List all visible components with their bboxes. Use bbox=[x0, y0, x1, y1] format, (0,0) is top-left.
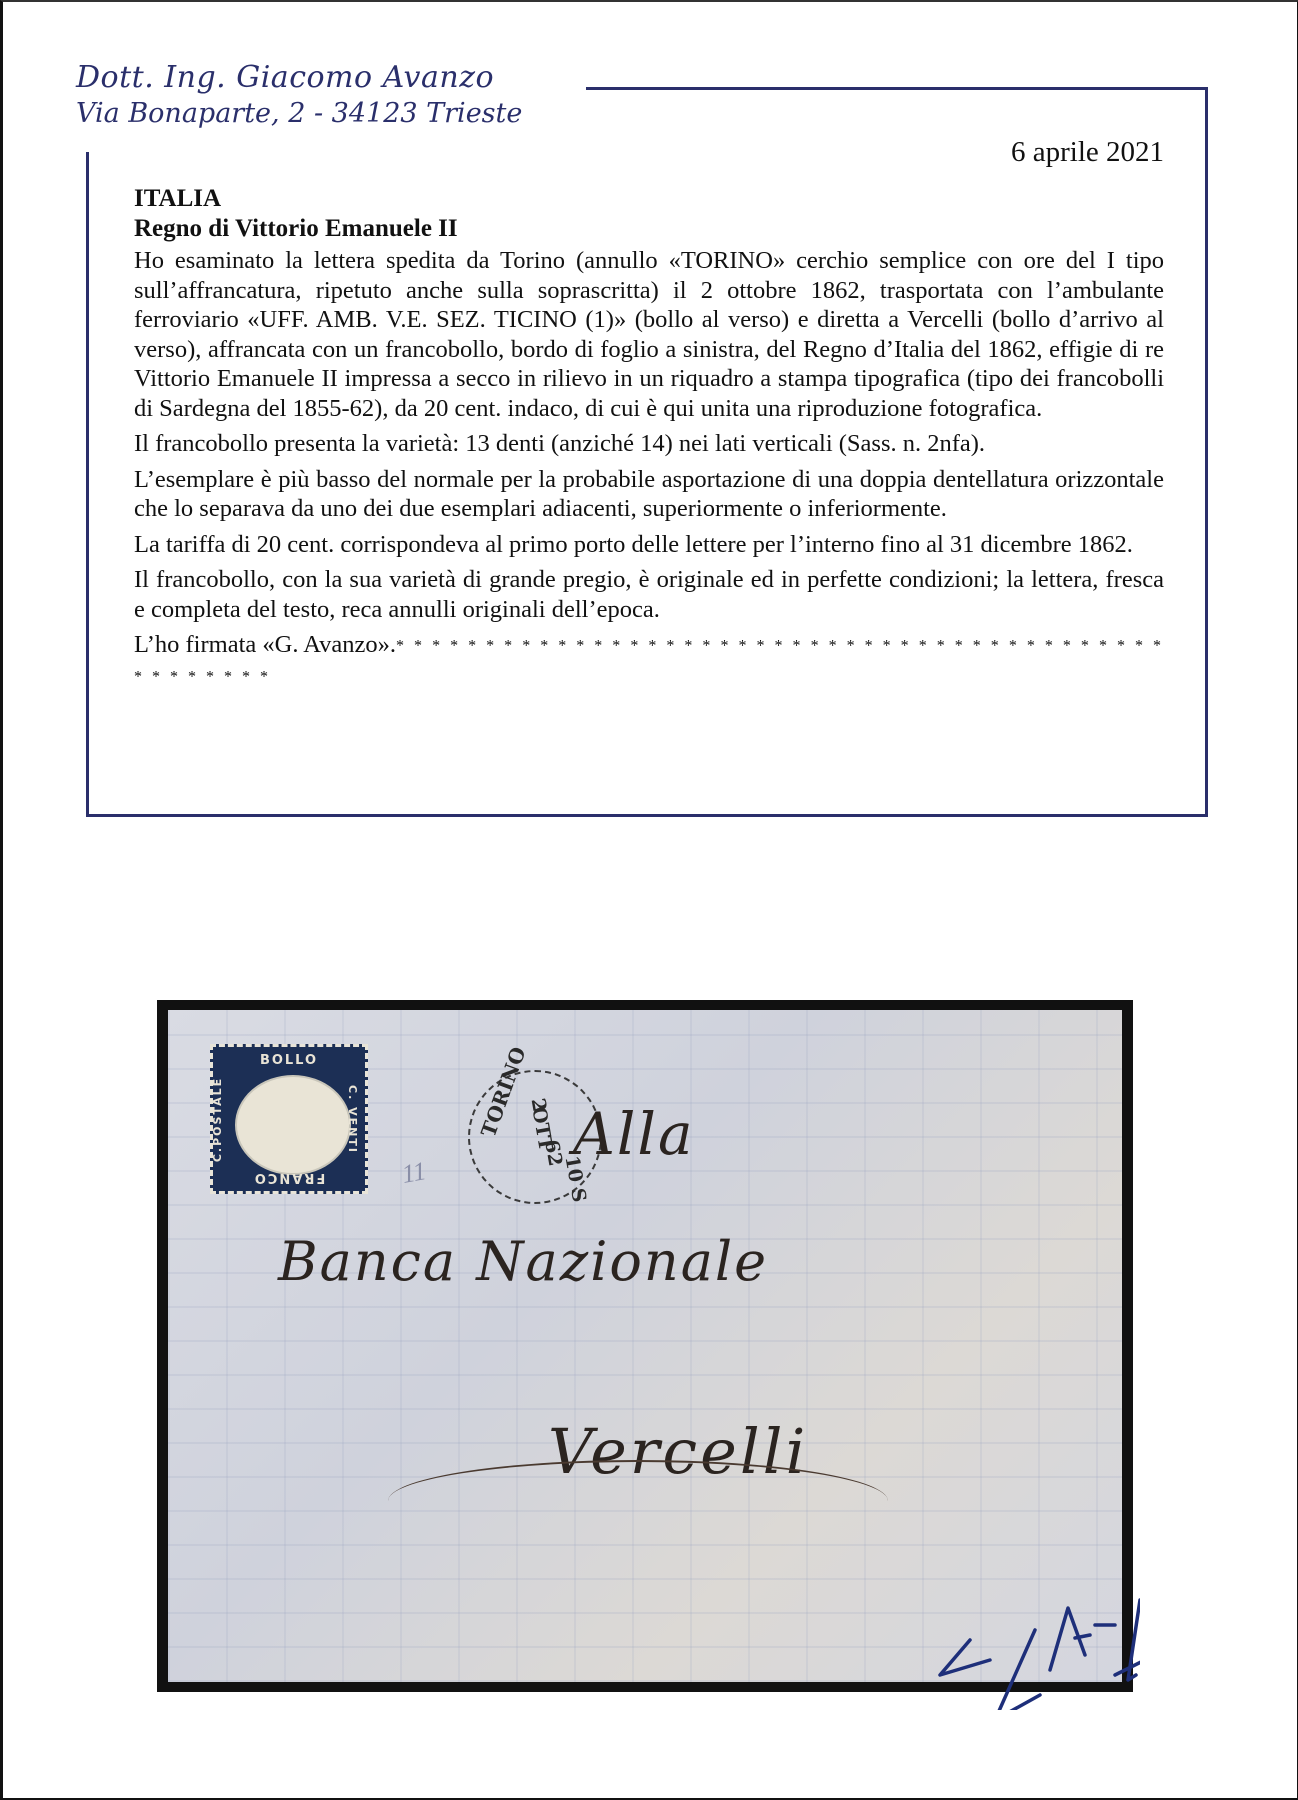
address-line-1: Alla bbox=[573, 1100, 695, 1168]
letterhead-address: Via Bonaparte, 2 - 34123 Trieste bbox=[76, 96, 522, 132]
certificate-paragraph-variety: Il francobollo presenta la varietà: 13 d… bbox=[134, 429, 1164, 459]
pencil-notation: 11 bbox=[400, 1156, 429, 1190]
certificate-date: 6 aprile 2021 bbox=[1011, 136, 1164, 169]
certificate-paragraph-tariff: La tariffa di 20 cent. corrispondeva al … bbox=[134, 530, 1164, 560]
address-flourish bbox=[388, 1460, 888, 1542]
postage-stamp: BOLLO C.POSTALE C. VENTI FRANCO bbox=[210, 1044, 368, 1194]
signature-scrawl-icon bbox=[900, 1580, 1140, 1710]
certificate-subtitle: Regno di Vittorio Emanuele II bbox=[134, 214, 1164, 244]
address-line-2: Banca Nazionale bbox=[278, 1230, 768, 1293]
certificate-box-bottom-rule bbox=[86, 814, 1208, 817]
letterhead: Dott. Ing. Giacomo Avanzo Via Bonaparte,… bbox=[76, 58, 522, 132]
letterhead-name: Dott. Ing. Giacomo Avanzo bbox=[76, 58, 522, 98]
stamp-bottom-text: FRANCO bbox=[213, 1170, 365, 1185]
certificate-box-left-rule bbox=[86, 152, 89, 817]
stamp-embossed-effigy bbox=[235, 1075, 351, 1175]
certificate-box-right-rule bbox=[1205, 87, 1208, 817]
certificate-paragraph-verdict: Il francobollo, con la sua varietà di gr… bbox=[134, 565, 1164, 624]
certificate-paragraph-condition-note: L’esemplare è più basso del normale per … bbox=[134, 465, 1164, 524]
stamp-left-text: C.POSTALE bbox=[211, 1077, 224, 1162]
certificate-paragraph-description: Ho esaminato la lettera spedita da Torin… bbox=[134, 246, 1164, 423]
expert-signature bbox=[900, 1580, 1140, 1710]
certificate-body: ITALIA Regno di Vittorio Emanuele II Ho … bbox=[134, 184, 1164, 698]
stamp-right-text: C. VENTI bbox=[346, 1085, 359, 1154]
certificate-box-top-rule bbox=[586, 87, 1208, 90]
postmark-city: TORINO bbox=[476, 1044, 531, 1141]
certificate-closing-text: L’ho firmata «G. Avanzo». bbox=[134, 631, 396, 658]
certificate-country: ITALIA bbox=[134, 184, 1164, 214]
stamp-top-text: BOLLO bbox=[213, 1053, 365, 1068]
certificate-closing: L’ho firmata «G. Avanzo».* * * * * * * *… bbox=[134, 630, 1164, 692]
